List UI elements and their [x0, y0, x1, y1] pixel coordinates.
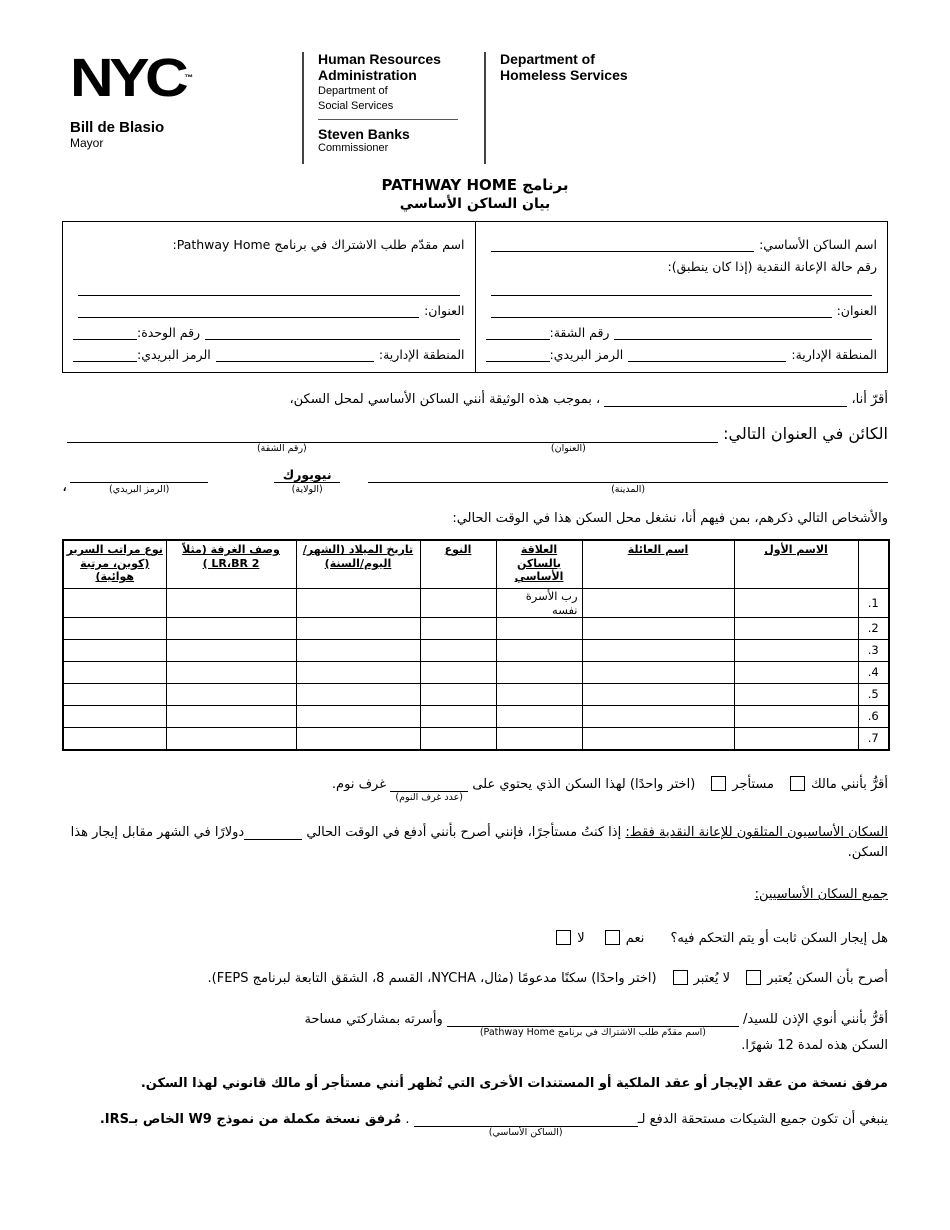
address-caption: (العنوان) — [551, 443, 586, 454]
cell-first-name[interactable] — [734, 639, 858, 661]
checks-period: . — [405, 1112, 409, 1127]
cell-relationship[interactable] — [496, 683, 582, 705]
yes-checkbox[interactable] — [605, 930, 620, 945]
applicant-zip-field[interactable] — [73, 347, 137, 362]
permission-continuation: السكن هذه لمدة 12 شهرًا. — [62, 1036, 888, 1056]
state-caption: (الولاية) — [292, 484, 323, 495]
unit-number-field[interactable] — [73, 325, 137, 340]
applicant-address-field-2[interactable] — [205, 324, 459, 340]
apt-number-field[interactable] — [486, 325, 550, 340]
cell-last-name[interactable] — [582, 705, 734, 727]
cell-dob[interactable] — [296, 727, 420, 750]
located-at-label: الكائن في العنوان التالي: — [723, 424, 888, 443]
trailing-comma: ، — [62, 476, 67, 495]
cell-room[interactable] — [166, 617, 296, 639]
cell-room[interactable] — [166, 727, 296, 750]
w9-statement: مُرفق نسخة مكملة من نموذج W9 الخاص بـIRS… — [100, 1112, 401, 1127]
declaration-line-2: الكائن في العنوان التالي: (العنوان) (رقم… — [62, 424, 888, 443]
applicant-zip-label: الرمز البريدي: — [137, 347, 211, 362]
applicant-borough-field[interactable] — [216, 346, 374, 362]
letterhead-divider-2 — [484, 52, 486, 164]
primary-resident-panel: اسم الساكن الأساسي: رقم حالة الإعانة الن… — [475, 222, 888, 372]
nyc-logo-text: NYC — [70, 48, 184, 108]
no-checkbox[interactable] — [556, 930, 571, 945]
hra-block: Human Resources Administration Departmen… — [318, 52, 470, 164]
ca-case-number-label: رقم حالة الإعانة النقدية (إذا كان ينطبق)… — [667, 259, 877, 274]
form-title: برنامج PATHWAY HOME — [62, 176, 888, 195]
cell-relationship[interactable] — [496, 617, 582, 639]
cell-room[interactable] — [166, 705, 296, 727]
cell-mattress[interactable] — [63, 683, 166, 705]
choose-one-text: (اختر واحدًا) لهذا السكن الذي يحتوي على — [472, 777, 695, 792]
table-row: 3. — [63, 639, 889, 661]
cell-last-name[interactable] — [582, 727, 734, 750]
mayor-title: Mayor — [70, 136, 288, 150]
declaration-intro-cont: ، بموجب هذه الوثيقة أنني الساكن الأساسي … — [289, 392, 600, 407]
primary-address-label: العنوان: — [837, 303, 877, 318]
subsidized-yes-checkbox[interactable] — [746, 970, 761, 985]
cell-mattress[interactable] — [63, 727, 166, 750]
owner-label: أقرُّ بأنني مالك — [811, 777, 888, 792]
permission-before: أقرُّ بأنني أنوي الإذن للسيد/ — [743, 1012, 888, 1027]
cell-relationship[interactable] — [496, 639, 582, 661]
primary-borough-field[interactable] — [628, 346, 786, 362]
form-subtitle: بيان الساكن الأساسي — [62, 195, 888, 213]
table-row: 5. — [63, 683, 889, 705]
table-row: 7. — [63, 727, 889, 750]
table-row: 6. — [63, 705, 889, 727]
cell-relationship[interactable] — [496, 705, 582, 727]
ca-case-number-field[interactable] — [491, 280, 873, 296]
declaration-intro: أقرّ أنا، — [851, 392, 888, 407]
primary-resident-name-label: اسم الساكن الأساسي: — [759, 237, 877, 252]
applicant-borough-label: المنطقة الإدارية: — [379, 347, 465, 362]
cell-first-name[interactable] — [734, 661, 858, 683]
applicant-name-field[interactable] — [78, 280, 460, 296]
row-number: 6. — [858, 705, 889, 727]
payee-name-field[interactable] — [414, 1112, 638, 1127]
cell-last-name[interactable] — [582, 617, 734, 639]
primary-address-field[interactable] — [491, 302, 832, 318]
attach-lease-statement: مرفق نسخة من عقد الإيجار أو عقد الملكية … — [62, 1074, 888, 1094]
city-caption: (المدينة) — [611, 484, 645, 495]
bedrooms-suffix: غرف نوم. — [332, 777, 386, 792]
stabilized-question: هل إيجار السكن ثابت أو يتم التحكم فيه؟ — [670, 931, 888, 946]
header-first-name: الاسم الأول — [734, 540, 858, 588]
cell-last-name[interactable] — [582, 661, 734, 683]
header-relationship: العلاقة بالساكن الأساسي — [496, 540, 582, 588]
header-last-name: اسم العائلة — [582, 540, 734, 588]
agency2-name-line1: Department of — [500, 52, 628, 68]
cell-relationship[interactable]: رب الأسرة نفسه — [496, 588, 582, 617]
subsidized-no-checkbox[interactable] — [673, 970, 688, 985]
applicant-address-field[interactable] — [78, 302, 419, 318]
not-subsidized-label: لا يُعتبر — [694, 971, 730, 986]
cell-first-name[interactable] — [734, 705, 858, 727]
owner-checkbox[interactable] — [790, 776, 805, 791]
unit-number-label: رقم الوحدة: — [137, 325, 200, 340]
cell-gender[interactable] — [420, 661, 496, 683]
primary-zip-field[interactable] — [486, 347, 550, 362]
yes-label: نعم — [626, 931, 645, 946]
apt-number-label: رقم الشقة: — [550, 325, 610, 340]
row-number: 3. — [858, 639, 889, 661]
tenant-label: مستأجر — [732, 777, 774, 792]
cell-room[interactable] — [166, 639, 296, 661]
cell-first-name[interactable] — [734, 727, 858, 750]
logo-block: NYC™ Bill de Blasio Mayor — [70, 52, 288, 164]
cell-dob[interactable] — [296, 705, 420, 727]
agency1-sub-line2: Social Services — [318, 100, 470, 113]
zip-code-caption: (الرمز البريدي) — [109, 484, 169, 495]
commissioner-title: Commissioner — [318, 142, 470, 155]
mayor-name: Bill de Blasio — [70, 120, 288, 136]
cell-gender[interactable] — [420, 683, 496, 705]
apt-caption: (رقم الشقة) — [257, 443, 307, 454]
cell-room[interactable] — [166, 683, 296, 705]
nyc-logo: NYC™ — [70, 52, 314, 104]
cell-room[interactable] — [166, 661, 296, 683]
cell-mattress[interactable] — [63, 588, 166, 617]
cell-first-name[interactable] — [734, 617, 858, 639]
row-number: 1. — [858, 588, 889, 617]
letterhead: NYC™ Bill de Blasio Mayor Human Resource… — [70, 52, 888, 164]
zip-code-field[interactable] — [70, 467, 208, 483]
cash-assistance-lead: السكان الأساسيون المتلقون للإعانة النقدي… — [625, 825, 888, 840]
cell-relationship[interactable] — [496, 727, 582, 750]
agency1-name-line1: Human Resources — [318, 52, 470, 68]
permission-line: أقرُّ بأنني أنوي الإذن للسيد/ (اسم مقدّم… — [62, 1010, 888, 1030]
applicant-permission-caption: (اسم مقدّم طلب الاشتراك في برنامج Pathwa… — [480, 1026, 706, 1041]
header-mattress-type: نوع مراتب السرير (كوين، مرتبة هوائية) — [63, 540, 166, 588]
city-group: (المدينة) — [368, 467, 888, 495]
cell-first-name[interactable] — [734, 588, 858, 617]
cell-room[interactable] — [166, 588, 296, 617]
cell-gender[interactable] — [420, 727, 496, 750]
row-number: 5. — [858, 683, 889, 705]
cell-last-name[interactable] — [582, 683, 734, 705]
declarant-name-field[interactable] — [604, 392, 847, 407]
letterhead-rule — [318, 119, 458, 120]
cell-last-name[interactable] — [582, 588, 734, 617]
cell-gender[interactable] — [420, 617, 496, 639]
info-box: اسم الساكن الأساسي: رقم حالة الإعانة الن… — [62, 221, 888, 373]
primary-address-field-2[interactable] — [614, 324, 872, 340]
bedroom-count-caption: (عدد غرف النوم) — [395, 791, 463, 806]
city-state-zip-row: (المدينة) نيويورك (الولاية) (الرمز البري… — [62, 467, 888, 495]
declaration-address-field[interactable]: (العنوان) (رقم الشقة) — [67, 427, 718, 443]
cell-mattress[interactable] — [63, 639, 166, 661]
rent-line: السكان الأساسيون المتلقون للإعانة النقدي… — [62, 823, 888, 863]
applicant-name-label: اسم مقدّم طلب الاشتراك في برنامج Pathway… — [173, 237, 465, 252]
cell-dob[interactable] — [296, 683, 420, 705]
row-number: 2. — [858, 617, 889, 639]
bedroom-count-field[interactable] — [390, 777, 468, 792]
row-number: 4. — [858, 661, 889, 683]
cell-relationship[interactable] — [496, 661, 582, 683]
trademark-mark: ™ — [184, 73, 193, 82]
permission-after: وأسرته بمشاركتي مساحة — [304, 1012, 442, 1027]
cell-last-name[interactable] — [582, 639, 734, 661]
checks-line: ينبغي أن تكون جميع الشيكات مستحقة الدفع … — [62, 1110, 888, 1130]
commissioner-name: Steven Banks — [318, 126, 470, 142]
applicant-panel: اسم مقدّم طلب الاشتراك في برنامج Pathway… — [63, 222, 475, 372]
agency2-name-line2: Homeless Services — [500, 68, 628, 84]
table-row: 1. رب الأسرة نفسه — [63, 588, 889, 617]
cell-mattress[interactable] — [63, 705, 166, 727]
row-number: 7. — [858, 727, 889, 750]
checks-before: ينبغي أن تكون جميع الشيكات مستحقة الدفع … — [638, 1112, 888, 1127]
table-row: 4. — [63, 661, 889, 683]
primary-zip-label: الرمز البريدي: — [550, 347, 624, 362]
cell-mattress[interactable] — [63, 661, 166, 683]
stabilized-line: هل إيجار السكن ثابت أو يتم التحكم فيه؟ ن… — [62, 929, 888, 949]
applicant-permission-name-field[interactable] — [447, 1012, 739, 1027]
primary-borough-label: المنطقة الإدارية: — [791, 347, 877, 362]
cell-dob[interactable] — [296, 639, 420, 661]
dhs-block: Department of Homeless Services — [500, 52, 628, 164]
subsidized-line: أصرح بأن السكن يُعتبرلا يُعتبر(اختر واحد… — [62, 969, 888, 989]
form-page: NYC™ Bill de Blasio Mayor Human Resource… — [0, 0, 950, 1130]
state-group: نيويورك (الولاية) — [274, 467, 340, 495]
rent-text-before: إذا كنتُ مستأجرًا، فإنني أصرح بأنني أدفع… — [306, 825, 621, 840]
payee-caption: (الساكن الأساسي) — [489, 1126, 563, 1141]
agency1-sub-line1: Department of — [318, 85, 470, 98]
cell-gender[interactable] — [420, 705, 496, 727]
table-header-row: الاسم الأول اسم العائلة العلاقة بالساكن … — [63, 540, 889, 588]
agency1-name-line2: Administration — [318, 68, 470, 84]
subsidized-before: أصرح بأن السكن يُعتبر — [767, 971, 888, 986]
occupants-intro: والأشخاص التالي ذكرهم، بمن فيهم أنا، نشغ… — [62, 509, 888, 529]
cell-dob[interactable] — [296, 588, 420, 617]
cell-gender[interactable] — [420, 588, 496, 617]
primary-resident-name-field[interactable] — [491, 236, 755, 252]
header-room-desc: وصف الغرفة (مثلاً LR،BR 2 ) — [166, 540, 296, 588]
tenant-checkbox[interactable] — [711, 776, 726, 791]
owner-tenant-line: أقرُّ بأنني مالكمستأجر(اختر واحدًا) لهذا… — [62, 775, 888, 795]
occupants-table: الاسم الأول اسم العائلة العلاقة بالساكن … — [62, 539, 890, 751]
header-dob: تاريخ الميلاد (الشهر/اليوم/السنة) — [296, 540, 420, 588]
cell-gender[interactable] — [420, 639, 496, 661]
no-label: لا — [577, 931, 584, 946]
table-row: 2. — [63, 617, 889, 639]
cell-dob[interactable] — [296, 661, 420, 683]
all-residents-heading: جميع السكان الأساسيين: — [62, 885, 888, 905]
subsidized-after: (اختر واحدًا) سكنًا مدعومًا (مثال، NYCHA… — [208, 971, 657, 986]
header-gender: النوع — [420, 540, 496, 588]
zip-group: (الرمز البريدي) — [70, 467, 208, 495]
header-number — [858, 540, 889, 588]
monthly-rent-field[interactable] — [244, 825, 302, 840]
applicant-address-label: العنوان: — [424, 303, 464, 318]
cell-dob[interactable] — [296, 617, 420, 639]
declaration-line-1: أقرّ أنا، ، بموجب هذه الوثيقة أنني الساك… — [62, 390, 888, 410]
cell-mattress[interactable] — [63, 617, 166, 639]
city-field[interactable] — [368, 467, 888, 483]
state-field[interactable]: نيويورك — [274, 467, 340, 483]
cell-first-name[interactable] — [734, 683, 858, 705]
